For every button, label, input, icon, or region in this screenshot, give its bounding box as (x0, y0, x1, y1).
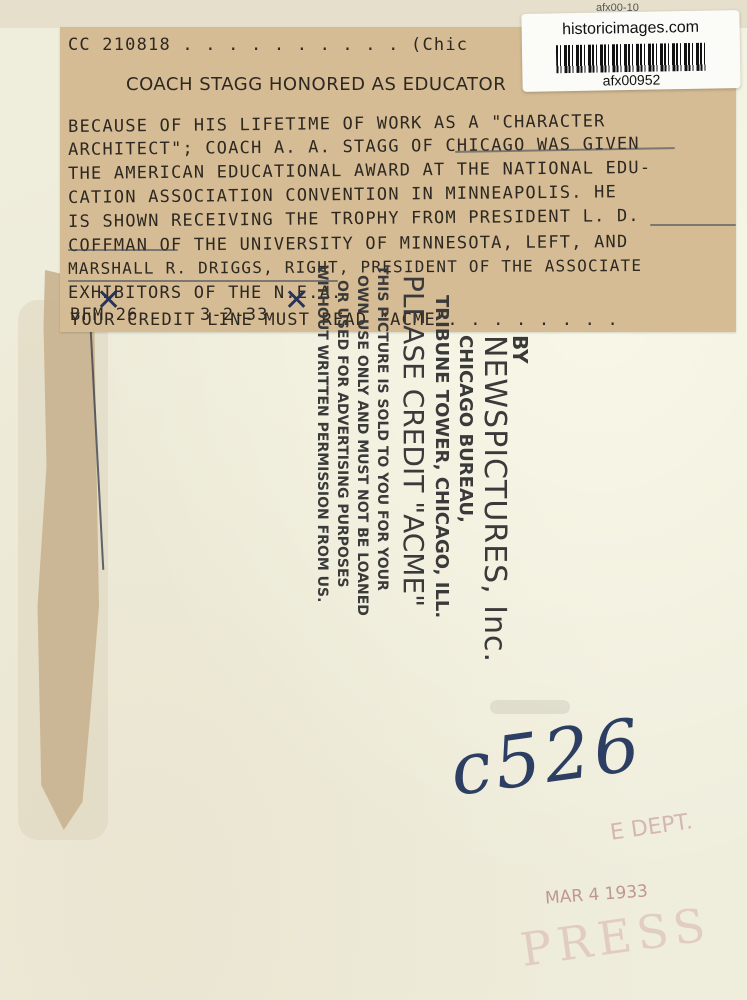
caption-body-line: ARCHITECT"; COACH A. A. STAGG OF CHICAGO… (68, 134, 640, 160)
caption-headline: COACH STAGG HONORED AS EDUCATOR (126, 74, 506, 95)
label-code: afx00952 (522, 70, 740, 90)
stamp-line: OR USED FOR ADVERTISING PURPOSES (334, 280, 350, 588)
label-site: historicimages.com (521, 18, 739, 40)
ink-x-mark: ✕ (96, 283, 121, 318)
stamp-line: CHICAGO BUREAU, (455, 335, 476, 523)
stamp-line: PLEASE CREDIT "ACME" (397, 275, 430, 607)
barcode-icon (556, 43, 706, 74)
ink-x-mark: ✕ (284, 283, 309, 318)
ink-underline-president (650, 224, 736, 226)
stamp-line: TRIBUNE TOWER, CHICAGO, ILL. (431, 295, 452, 618)
caption-body-line: BECAUSE OF HIS LIFETIME OF WORK AS A "CH… (68, 111, 606, 137)
caption-body-line: IS SHOWN RECEIVING THE TROPHY FROM PRESI… (68, 206, 640, 232)
stamp-line: THIS PICTURE IS SOLD TO YOU FOR YOUR (374, 265, 390, 591)
stamp-line: OWN USE ONLY AND MUST NOT BE LOANED (354, 275, 370, 616)
caption-body-line: COFFMAN OF THE UNIVERSITY OF MINNESOTA, … (68, 232, 628, 256)
ink-underline-driggs (68, 280, 338, 282)
caption-reference-line: CC 210818 . . . . . . . . . . (Chic (68, 35, 468, 55)
stamp-line: WITHOUT WRITTEN PERMISSION FROM US. (314, 265, 330, 602)
ink-underline-coffman (68, 249, 178, 251)
caption-body-line: THE AMERICAN EDUCATIONAL AWARD AT THE NA… (68, 158, 651, 184)
caption-body-line: CATION ASSOCIATION CONVENTION IN MINNEAP… (68, 182, 617, 208)
agency-stamp: BY NEWSPICTURES, Inc. CHICAGO BUREAU, TR… (340, 335, 530, 346)
barcode-label: historicimages.com afx00952 (521, 10, 740, 92)
stamp-line: NEWSPICTURES, Inc. (477, 335, 512, 663)
